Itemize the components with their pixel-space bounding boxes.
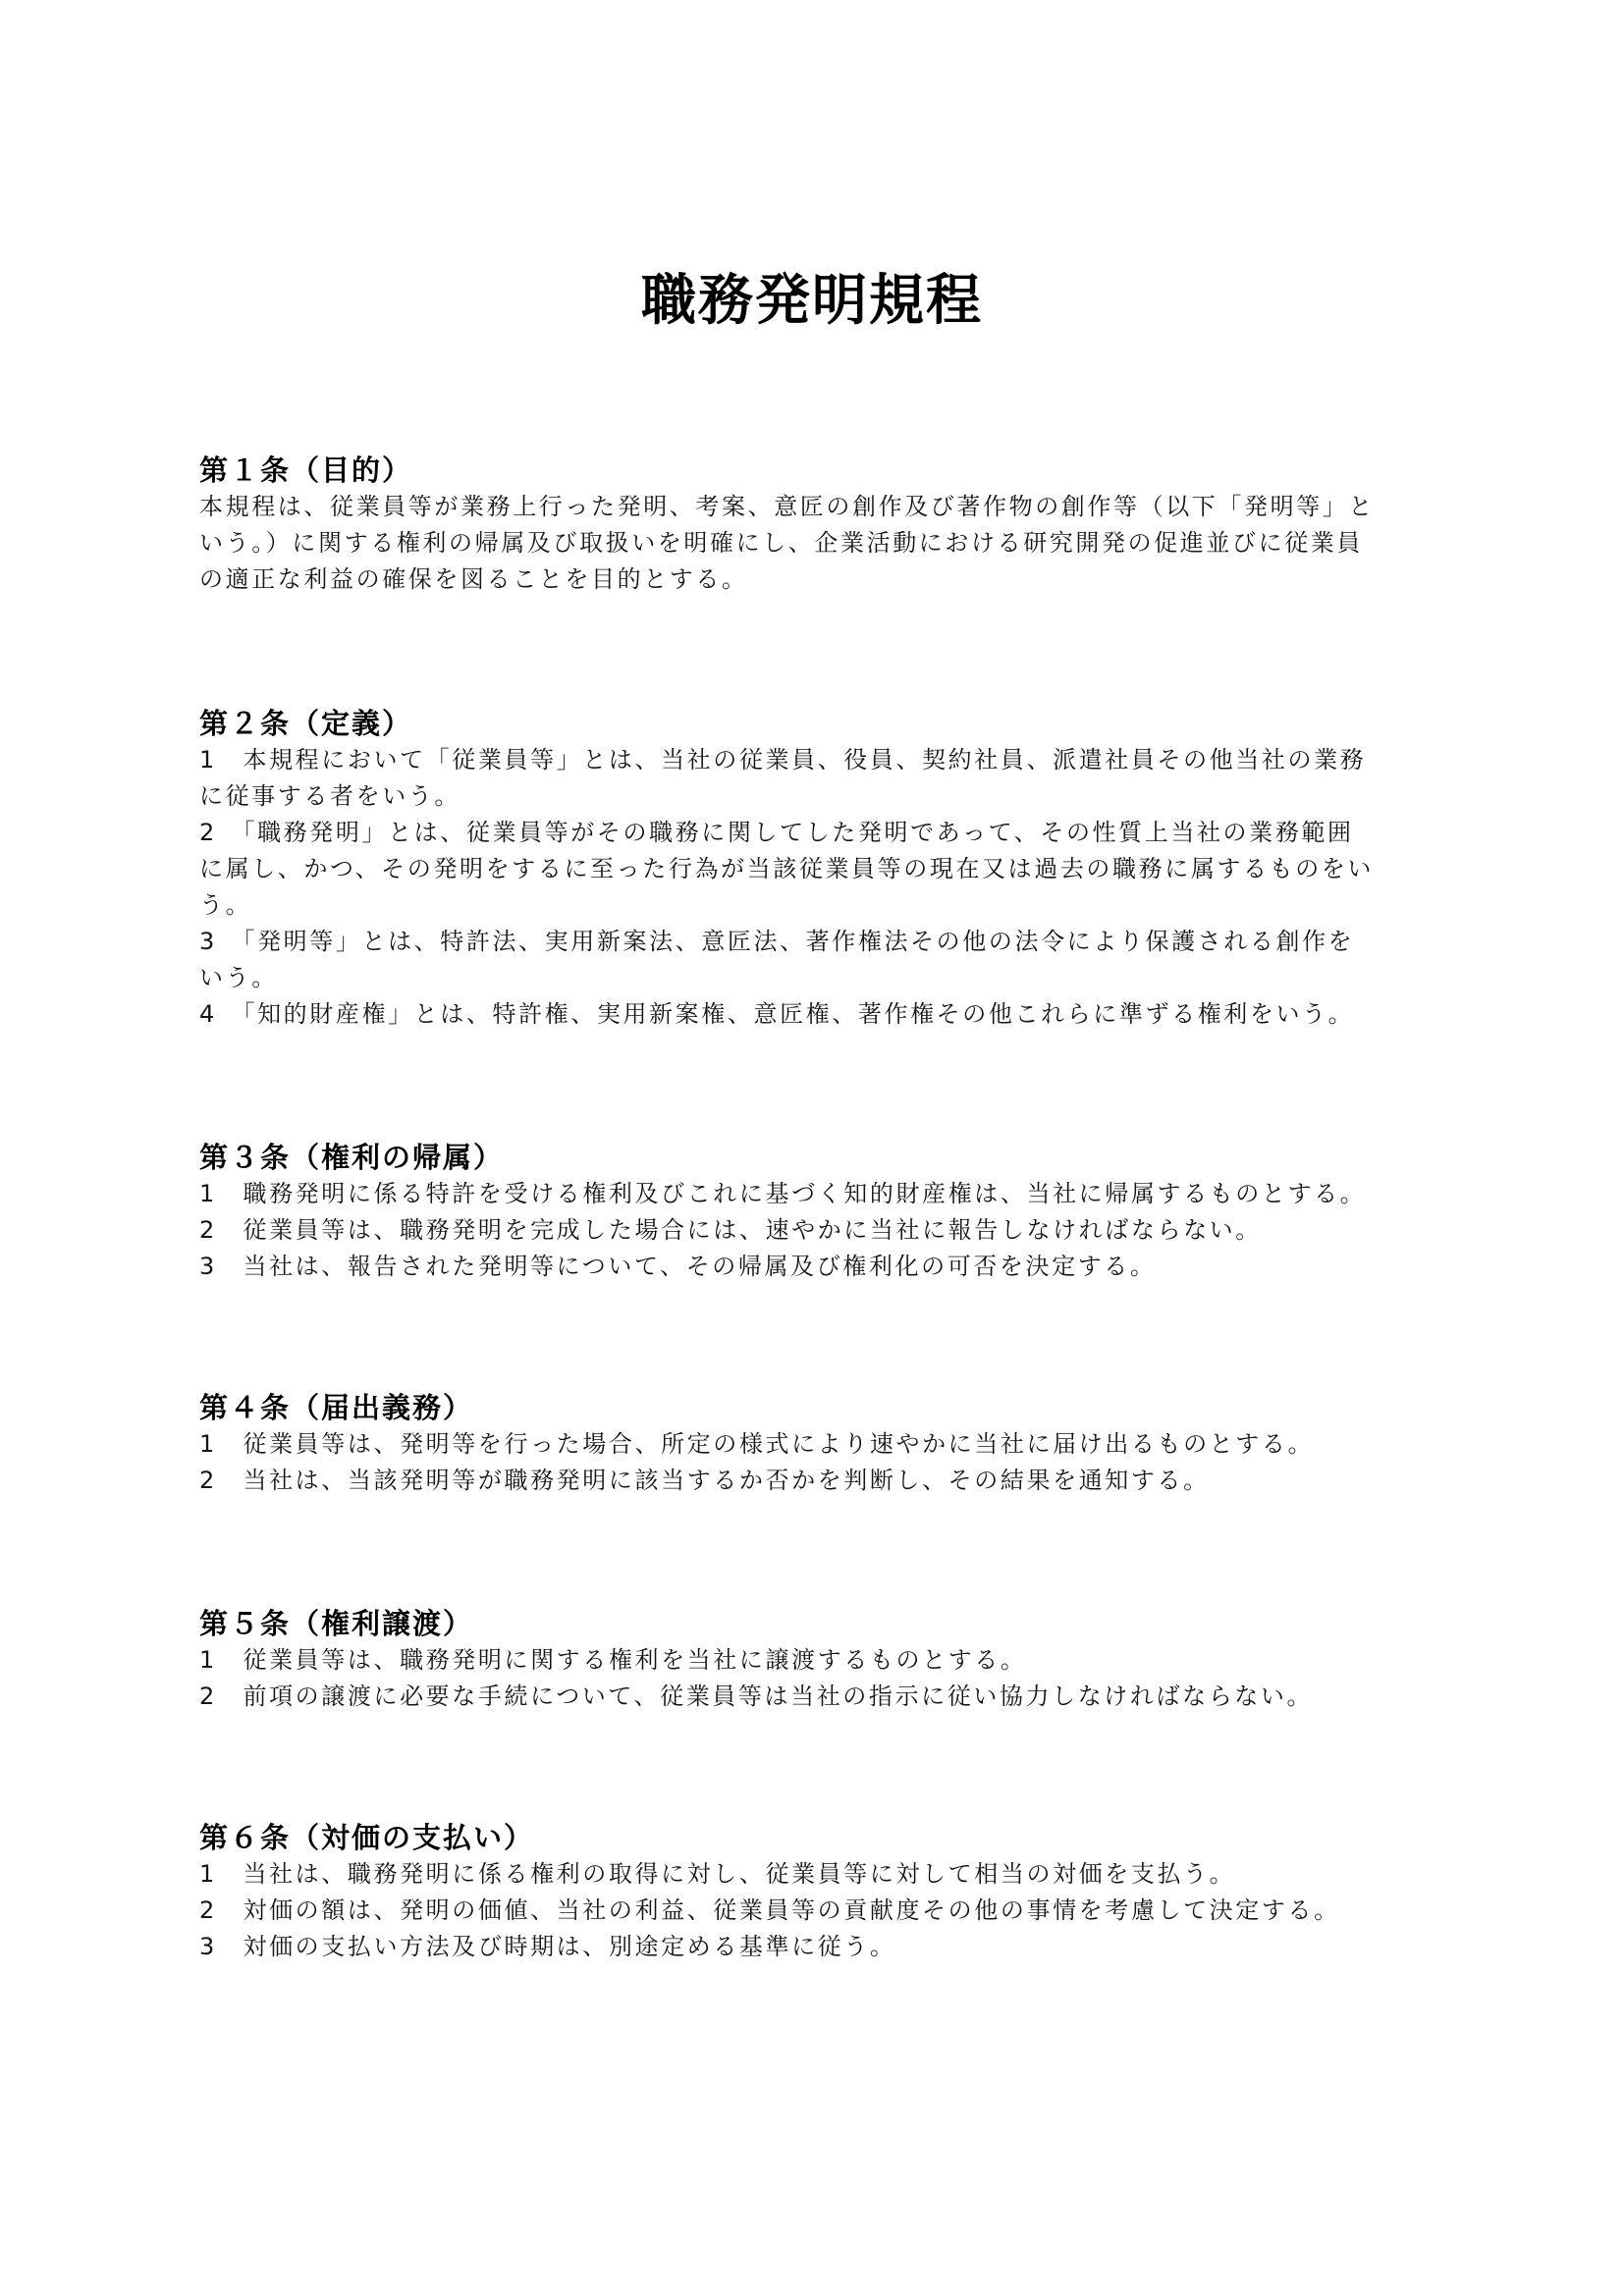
article-heading: 第２条（定義） [199, 705, 1436, 742]
article-text-line: に従事する者をいう。 [199, 778, 1436, 815]
article-heading: 第１条（目的） [199, 452, 1436, 489]
article-text-line: 2 当社は、当該発明等が職務発明に該当するか否かを判断し、その結果を通知する。 [199, 1463, 1436, 1499]
article-heading: 第５条（権利譲渡） [199, 1605, 1436, 1642]
article-text-line: に属し、かつ、その発明をするに至った行為が当該従業員等の現在又は過去の職務に属す… [199, 851, 1436, 887]
article-text-line: 1 職務発明に係る特許を受ける権利及びこれに基づく知的財産権は、当社に帰属するも… [199, 1176, 1436, 1212]
article-text-line: 2 「職務発明」とは、従業員等がその職務に関してした発明であって、その性質上当社… [199, 815, 1436, 851]
article-text-line: 2 従業員等は、職務発明を完成した場合には、速やかに当社に報告しなければならない… [199, 1212, 1436, 1249]
document-page: 職務発明規程 第１条（目的） 本規程は、従業員等が業務上行った発明、考案、意匠の… [0, 0, 1624, 2296]
article-heading: 第４条（届出義務） [199, 1389, 1436, 1426]
article-text-line: 3 「発明等」とは、特許法、実用新案法、意匠法、著作権法その他の法令により保護さ… [199, 924, 1436, 960]
article-text-line: 3 当社は、報告された発明等について、その帰属及び権利化の可否を決定する。 [199, 1249, 1436, 1285]
article-3: 第３条（権利の帰属） 1 職務発明に係る特許を受ける権利及びこれに基づく知的財産… [199, 1139, 1436, 1285]
article-text-line: 1 従業員等は、発明等を行った場合、所定の様式により速やかに当社に届け出るものと… [199, 1426, 1436, 1463]
article-text-line: う。 [199, 887, 1436, 924]
article-5: 第５条（権利譲渡） 1 従業員等は、職務発明に関する権利を当社に譲渡するものとす… [199, 1605, 1436, 1715]
article-heading: 第３条（権利の帰属） [199, 1139, 1436, 1176]
article-text-line: 本規程は、従業員等が業務上行った発明、考案、意匠の創作及び著作物の創作等（以下「… [199, 489, 1436, 525]
article-text-line: 1 本規程において「従業員等」とは、当社の従業員、役員、契約社員、派遣社員その他… [199, 742, 1436, 778]
article-text-line: 3 対価の支払い方法及び時期は、別途定める基準に従う。 [199, 1929, 1436, 1965]
article-text-line: 1 当社は、職務発明に係る権利の取得に対し、従業員等に対して相当の対価を支払う。 [199, 1856, 1436, 1893]
article-text-line: 2 前項の譲渡に必要な手続について、従業員等は当社の指示に従い協力しなければなら… [199, 1679, 1436, 1715]
article-1: 第１条（目的） 本規程は、従業員等が業務上行った発明、考案、意匠の創作及び著作物… [199, 452, 1436, 598]
article-text-line: 4 「知的財産権」とは、特許権、実用新案権、意匠権、著作権その他これらに準ずる権… [199, 996, 1436, 1033]
article-4: 第４条（届出義務） 1 従業員等は、発明等を行った場合、所定の様式により速やかに… [199, 1389, 1436, 1499]
article-6: 第６条（対価の支払い） 1 当社は、職務発明に係る権利の取得に対し、従業員等に対… [199, 1819, 1436, 1965]
article-text-line: いう。）に関する権利の帰属及び取扱いを明確にし、企業活動における研究開発の促進並… [199, 525, 1436, 561]
document-title: 職務発明規程 [0, 267, 1624, 336]
article-heading: 第６条（対価の支払い） [199, 1819, 1436, 1856]
article-2: 第２条（定義） 1 本規程において「従業員等」とは、当社の従業員、役員、契約社員… [199, 705, 1436, 1033]
article-text-line: 2 対価の額は、発明の価値、当社の利益、従業員等の貢献度その他の事情を考慮して決… [199, 1893, 1436, 1929]
article-text-line: いう。 [199, 960, 1436, 996]
article-text-line: の適正な利益の確保を図ることを目的とする。 [199, 561, 1436, 598]
article-text-line: 1 従業員等は、職務発明に関する権利を当社に譲渡するものとする。 [199, 1642, 1436, 1679]
